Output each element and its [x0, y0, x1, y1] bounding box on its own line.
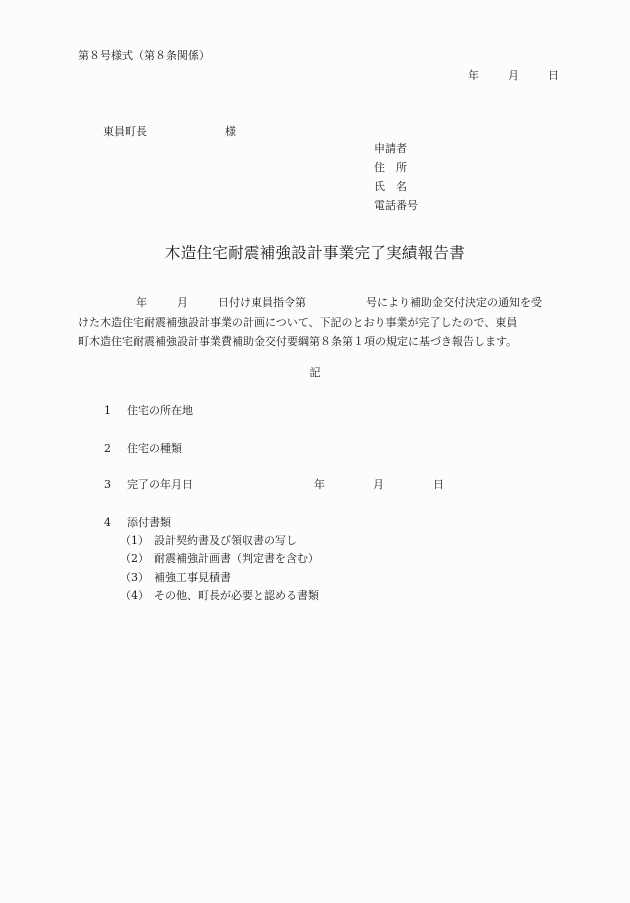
attachment-label: 補強工事見積書: [154, 571, 231, 584]
body-day-directive: 日付け東員指令第: [218, 296, 306, 309]
submission-date: 年月日: [468, 70, 559, 81]
completion-day-label: 日: [433, 479, 444, 490]
date-day-label: 日: [548, 70, 559, 81]
attachment-item: （1）設計契約書及び領収書の写し: [120, 535, 297, 546]
addressee-name: 東員町長: [103, 126, 225, 137]
applicant-name-label: 氏 名: [374, 181, 418, 200]
body-paragraph: 年月日付け東員指令第号により補助金交付決定の通知を受 けた木造住宅耐震補強設計事…: [78, 293, 554, 352]
date-year-label: 年: [468, 70, 508, 81]
item-label: 住宅の種類: [127, 442, 182, 455]
attachment-label: 耐震補強計画書（判定書を含む）: [154, 552, 319, 565]
body-line-1: 年月日付け東員指令第号により補助金交付決定の通知を受: [78, 293, 554, 313]
item-number: 2: [104, 443, 127, 454]
item-label: 添付書類: [127, 516, 171, 529]
item-attachments: 4添付書類: [104, 517, 171, 528]
completion-month-label: 月: [373, 479, 384, 490]
applicant-phone-label: 電話番号: [374, 200, 418, 219]
body-line-2: けた木造住宅耐震補強設計事業の計画について、下記のとおり事業が完了したので、東員: [78, 313, 554, 333]
addressee: 東員町長様: [103, 126, 236, 137]
body-notice-text: 号により補助金交付決定の通知を受: [366, 296, 542, 309]
item-number: 4: [104, 517, 127, 528]
item-location: 1住宅の所在地: [104, 405, 193, 416]
attachment-item: （2）耐震補強計画書（判定書を含む）: [120, 553, 319, 564]
attachment-number: （2）: [120, 553, 154, 564]
completion-year-label: 年: [314, 479, 325, 490]
ki-heading: 記: [0, 367, 630, 378]
item-label: 完了の年月日: [127, 478, 193, 491]
document-title: 木造住宅耐震補強設計事業完了実績報告書: [0, 246, 630, 262]
attachment-number: （3）: [120, 572, 154, 583]
applicant-block: 申請者 住 所 氏 名 電話番号: [374, 143, 418, 219]
attachment-label: 設計契約書及び領収書の写し: [154, 534, 297, 547]
body-line-3: 町木造住宅耐震補強設計事業費補助金交付要綱第８条第１項の規定に基づき報告します。: [78, 332, 554, 352]
addressee-honorific: 様: [225, 125, 236, 138]
item-number: 1: [104, 405, 127, 416]
body-month-label: 月: [177, 296, 188, 309]
form-number: 第８号様式（第８条関係）: [78, 50, 210, 61]
item-house-type: 2住宅の種類: [104, 443, 182, 454]
applicant-label: 申請者: [374, 143, 418, 162]
attachment-item: （4）その他、町長が必要と認める書類: [120, 590, 319, 601]
attachment-label: その他、町長が必要と認める書類: [154, 589, 319, 602]
body-year-label: 年: [136, 296, 147, 309]
attachment-number: （1）: [120, 535, 154, 546]
applicant-address-label: 住 所: [374, 162, 418, 181]
date-month-label: 月: [508, 70, 548, 81]
item-completion-date: 3完了の年月日 年 月 日: [104, 479, 193, 490]
attachment-number: （4）: [120, 590, 154, 601]
item-number: 3: [104, 479, 127, 490]
item-label: 住宅の所在地: [127, 404, 193, 417]
attachment-item: （3）補強工事見積書: [120, 572, 231, 583]
